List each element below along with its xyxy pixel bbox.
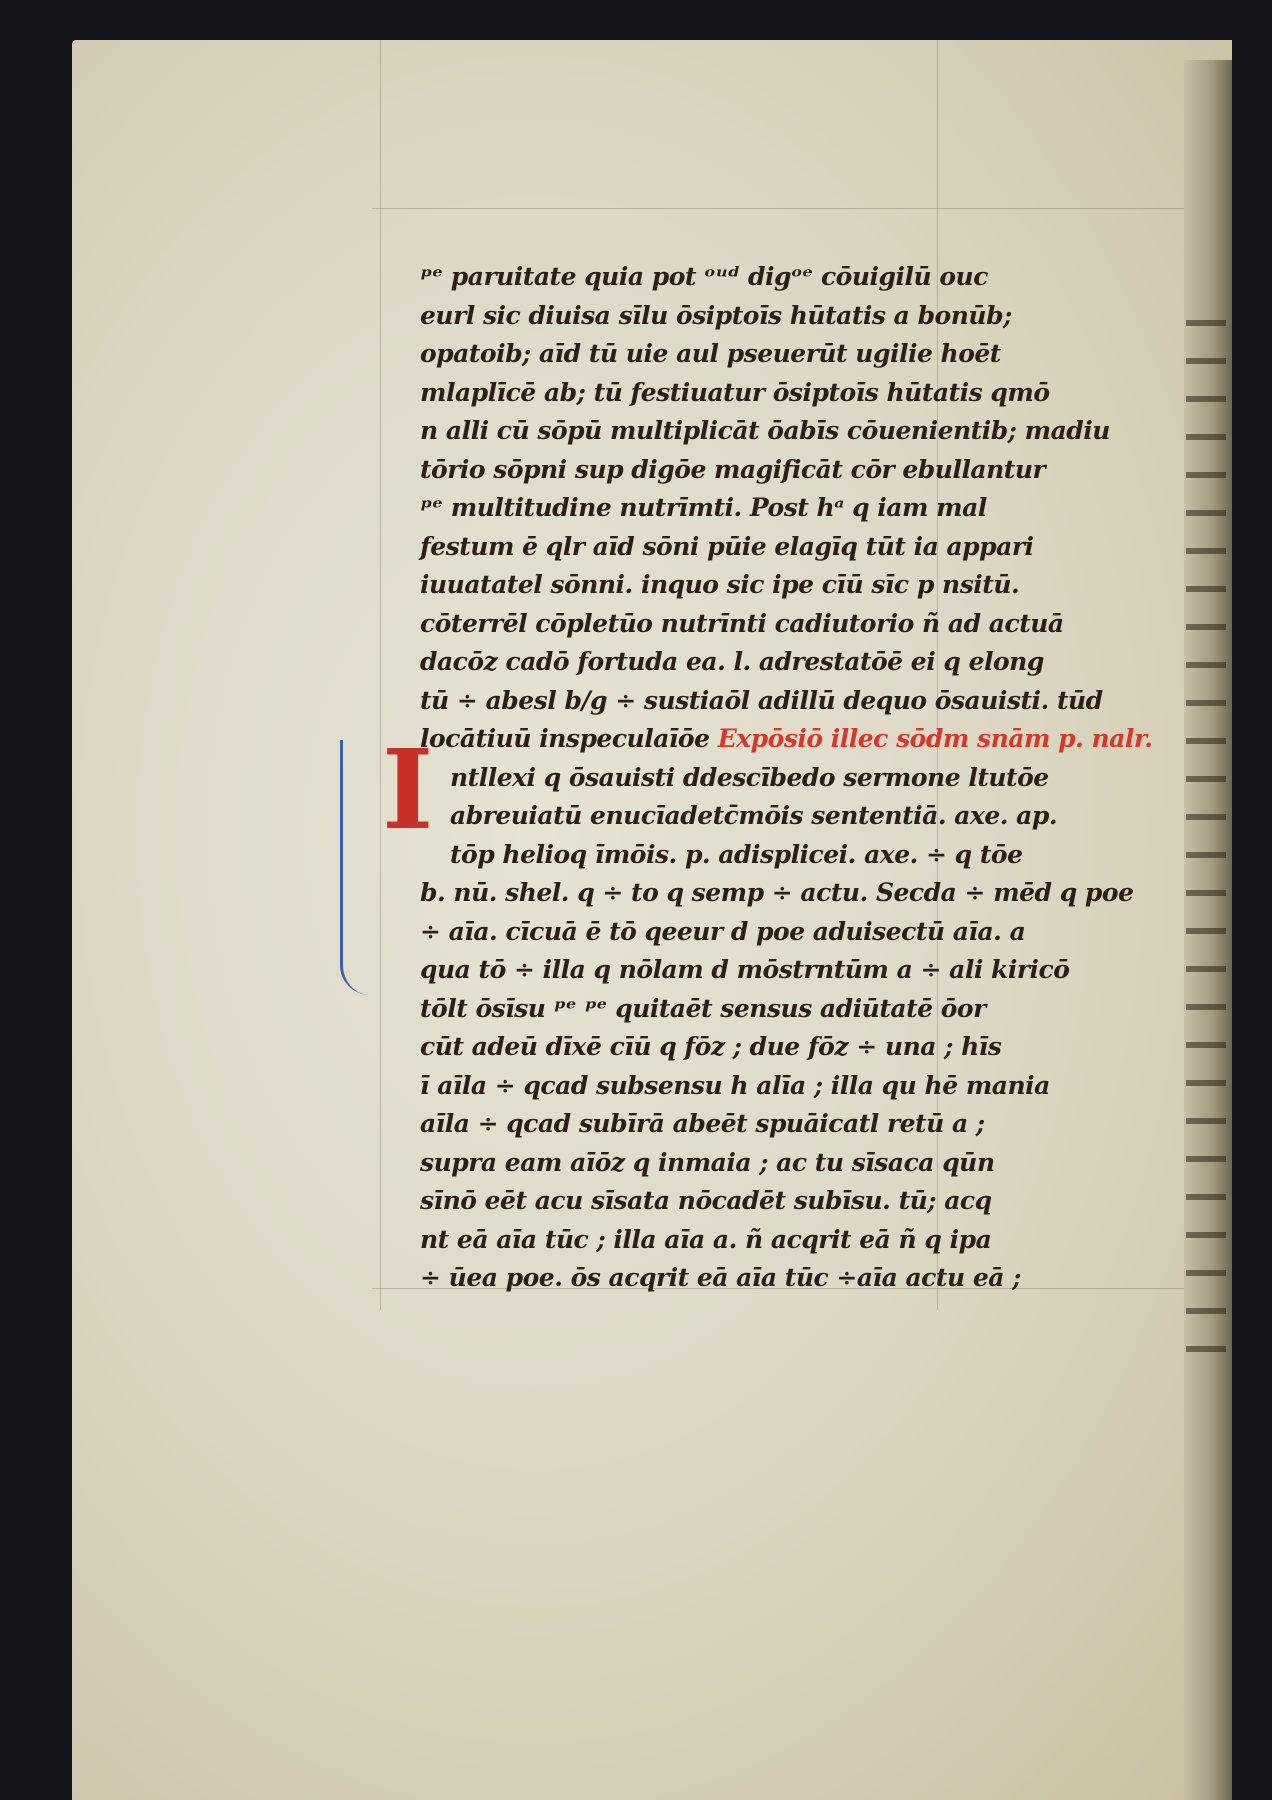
text-line: iuuatatel sōnni. inquo sic ipe cīū sīc p… xyxy=(420,566,1080,605)
text-line: ᵖᵉ multitudine nutrīmti. Post hᵃ q iam m… xyxy=(420,489,1080,528)
text-line: aīla ÷ qcad subīrā abeēt spuāicatl retū … xyxy=(420,1105,1080,1144)
text-line: abreuiatū enucīadetc̄mōis sententiā. axe… xyxy=(450,797,1080,836)
text-line: sīnō eēt acu sīsata nōcadēt subīsu. tū; … xyxy=(420,1182,1080,1221)
main-text-column: ᵖᵉ paruitate quia pot ᵒᵘᵈ digᵒᵉ cōuigilū… xyxy=(420,258,1080,1298)
text-line: ī aīla ÷ qcad subsensu h alīa ; illa qu … xyxy=(420,1067,1080,1106)
text-line: eurl sic diuisa sīlu ōsiptoīs hūtatis a … xyxy=(420,297,1080,336)
text-line: ÷ aīa. cīcuā ē tō qeeur d poe aduisectū … xyxy=(420,913,1080,952)
text-line: ntllexi q ōsauisti ddescībedo sermone lt… xyxy=(450,759,1080,798)
text-line-with-rubric: locātiuū inspeculaīōe Expōsiō illec sōdm… xyxy=(420,720,1080,759)
text-line: dacōz cadō fortuda ea. l. adrestatōē ei … xyxy=(420,643,1080,682)
rubric-heading: Expōsiō illec sōdm snām p. nalr. xyxy=(718,724,1153,753)
text-line: qua tō ÷ illa q nōlam d mōstrntūm a ÷ al… xyxy=(420,951,1080,990)
text-line: tōrio sōpni sup digōe magificāt cōr ebul… xyxy=(420,451,1080,490)
facing-page-text xyxy=(1186,300,1226,1360)
text-line: tōp helioq īmōis. p. adisplicei. axe. ÷ … xyxy=(450,836,1080,875)
text-line: opatoib; aīd tū uie aul pseuerūt ugilie … xyxy=(420,335,1080,374)
text-line: cōterrēl cōpletūo nutrīnti cadiutorio ñ … xyxy=(420,605,1080,644)
text-line: b. nū. shel. q ÷ to q semp ÷ actu. Secda… xyxy=(420,874,1080,913)
text-line: tōlt ōsīsu ᵖᵉ ᵖᵉ quitaēt sensus adiūtatē… xyxy=(420,990,1080,1029)
text-line: tū ÷ abesl b/g ÷ sustiaōl adillū dequo ō… xyxy=(420,682,1080,721)
text-line: cūt adeū dīxē cīū q fōz ; due fōz ÷ una … xyxy=(420,1028,1080,1067)
text-fragment: locātiuū inspeculaīōe xyxy=(420,724,710,753)
ruling-line-left xyxy=(380,40,381,1310)
text-line: nt eā aīa tūc ; illa aīa a. ñ acqrit eā … xyxy=(420,1221,1080,1260)
text-line: mlaplīcē ab; tū festiuatur ōsiptoīs hūta… xyxy=(420,374,1080,413)
text-line: ÷ ūea poe. ōs acqrit eā aīa tūc ÷aīa act… xyxy=(420,1259,1080,1298)
ruling-line-top xyxy=(372,208,1192,209)
text-line: supra eam aīōz q inmaia ; ac tu sīsaca q… xyxy=(420,1144,1080,1183)
facing-page-edge xyxy=(1184,60,1232,1800)
text-line: ᵖᵉ paruitate quia pot ᵒᵘᵈ digᵒᵉ cōuigilū… xyxy=(420,258,1080,297)
text-line: n alli cū sōpū multiplicāt ōabīs cōuenie… xyxy=(420,412,1080,451)
text-line: festum ē qlr aīd sōni pūie elagīq tūt ia… xyxy=(420,528,1080,567)
